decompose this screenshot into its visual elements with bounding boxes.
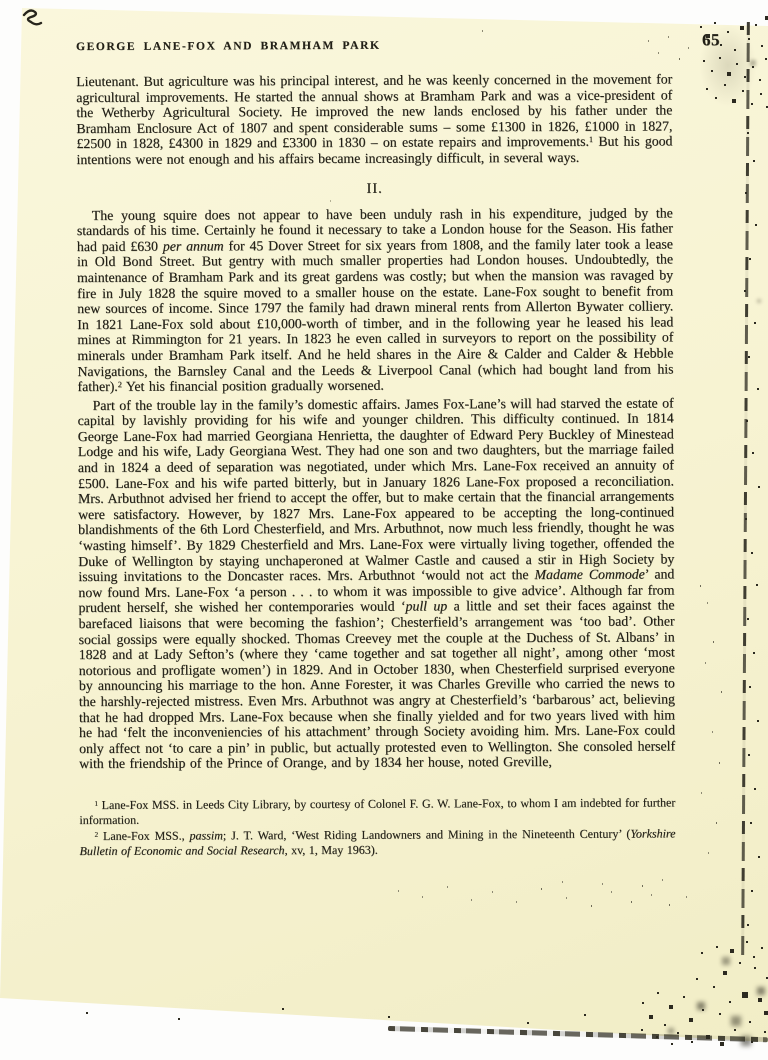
section-heading: II. (77, 179, 673, 199)
scan-noise-light (0, 0, 1, 2)
body-text: Lieutenant. But agriculture was his prin… (76, 71, 675, 772)
paragraph-continuation: Lieutenant. But agriculture was his prin… (76, 71, 672, 167)
paragraph: Part of the trouble lay in the family’s … (78, 395, 676, 772)
scan-noise-dark (0, 0, 2, 2)
scan-noise-blobs (0, 0, 2, 2)
footnote: 2 Lane-Fox MSS., passim; J. T. Ward, ‘We… (79, 826, 675, 859)
running-header: GEORGE LANE-FOX AND BRAMHAM PARK (76, 37, 672, 54)
footnote: 1 Lane-Fox MSS. in Leeds City Library, b… (79, 795, 675, 828)
page-content: GEORGE LANE-FOX AND BRAMHAM PARK 65 Lieu… (76, 37, 676, 859)
paragraph: The young squire does not appear to have… (77, 205, 674, 395)
scanned-book-page: GEORGE LANE-FOX AND BRAMHAM PARK 65 Lieu… (0, 0, 768, 1060)
page-number: 65 (702, 30, 720, 50)
footnotes-block: 1 Lane-Fox MSS. in Leeds City Library, b… (79, 795, 675, 859)
